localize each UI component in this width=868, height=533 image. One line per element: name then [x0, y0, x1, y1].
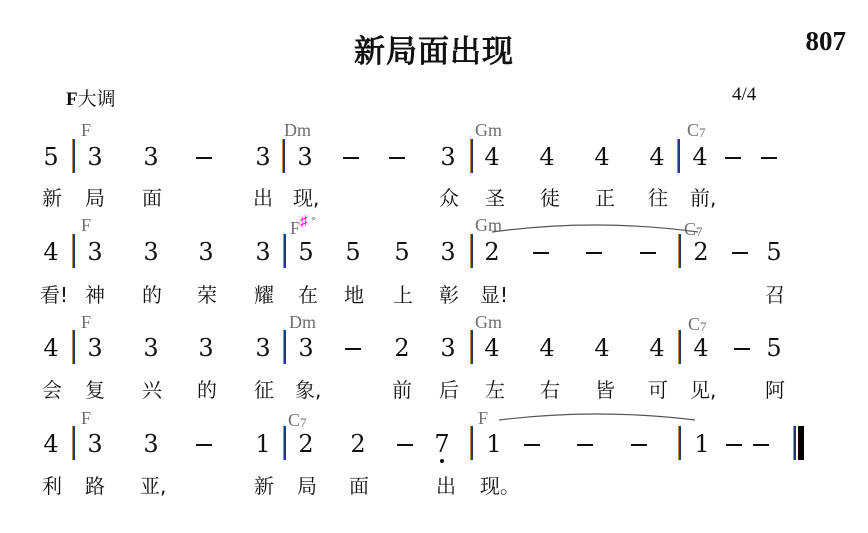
time-signature: 4/4: [732, 84, 756, 106]
note: 4: [482, 336, 502, 360]
note: 4: [537, 145, 557, 169]
dash-extension: [343, 157, 359, 159]
lyric: 征: [252, 380, 276, 400]
lyric: 新: [252, 476, 276, 496]
dash-extension: [577, 444, 593, 446]
note: 4: [41, 432, 61, 456]
dash-extension: [725, 157, 741, 159]
note: 3: [295, 145, 315, 169]
barline: [73, 330, 75, 364]
lyric: 召: [763, 285, 787, 305]
note: 3: [141, 240, 161, 264]
note: 5: [41, 145, 61, 169]
hymn-number: 807: [806, 26, 847, 57]
tie-arc: [490, 222, 700, 234]
note: 4: [41, 240, 61, 264]
note: 5: [343, 240, 363, 264]
lyric: 上: [391, 285, 415, 305]
note: 3: [253, 145, 273, 169]
song-title: 新局面出现: [0, 26, 868, 71]
barline: [679, 234, 681, 268]
key-signature: F大调: [66, 84, 116, 111]
lyric: 往: [646, 188, 670, 208]
barline: [283, 139, 285, 173]
chord-symbol: C7: [288, 411, 307, 429]
lyric: 见,: [690, 380, 724, 400]
lyric: 徒: [538, 188, 562, 208]
chord-symbol: F: [478, 409, 488, 427]
barline: [73, 234, 75, 268]
note: 3: [85, 432, 105, 456]
note: 2: [348, 432, 368, 456]
lyric: 阿: [763, 380, 787, 400]
lyric: 后: [437, 380, 461, 400]
note: 1: [253, 432, 273, 456]
barline: [73, 426, 75, 460]
note: 2: [392, 336, 412, 360]
note: 3: [253, 240, 273, 264]
dash-extension: [631, 444, 647, 446]
chord-symbol: F: [81, 409, 91, 427]
note: 5: [764, 336, 784, 360]
dash-extension: [196, 444, 212, 446]
lyric: 的: [195, 380, 219, 400]
note: 4: [647, 336, 667, 360]
barline: [284, 426, 286, 460]
lyric: 现。: [480, 476, 514, 496]
note: 2: [691, 240, 711, 264]
barline: [471, 330, 473, 364]
lyric: 复: [83, 380, 107, 400]
note: 4: [482, 145, 502, 169]
lyric: 前,: [690, 188, 724, 208]
chord-symbol: F: [81, 121, 91, 139]
lyric: 地: [342, 285, 366, 305]
lyric: 左: [483, 380, 507, 400]
note: 3: [85, 336, 105, 360]
note: 4: [647, 145, 667, 169]
diminished-icon: °: [312, 215, 316, 227]
barline: [471, 234, 473, 268]
dash-extension: [586, 252, 602, 254]
lyric: 神: [83, 285, 107, 305]
lyric: 荣: [195, 285, 219, 305]
lyric: 圣: [483, 188, 507, 208]
note: 7: [432, 432, 452, 456]
note: 4: [592, 145, 612, 169]
lyric: 面: [347, 476, 371, 496]
sharp-icon: ♯: [300, 214, 308, 230]
key-letter: F: [66, 89, 78, 110]
note: 3: [296, 336, 316, 360]
lyric: 路: [83, 476, 107, 496]
lyric: 象,: [295, 380, 329, 400]
note: 3: [141, 336, 161, 360]
lyric: 亚,: [140, 476, 174, 496]
note: 5: [296, 240, 316, 264]
lyric: 新: [40, 188, 64, 208]
note: 5: [764, 240, 784, 264]
barline: [471, 426, 473, 460]
barline: [679, 330, 681, 364]
dash-extension: [533, 252, 549, 254]
lower-octave-dot: [440, 459, 444, 463]
lyric: 会: [40, 380, 64, 400]
final-barline-thin: [794, 426, 796, 460]
note: 3: [438, 336, 458, 360]
lyric: 出: [434, 476, 458, 496]
chord-symbol: F: [81, 216, 91, 234]
note: 1: [484, 432, 504, 456]
note: 4: [690, 145, 710, 169]
dash-extension: [761, 157, 777, 159]
lyric: 局: [83, 188, 107, 208]
dash-extension: [734, 348, 750, 350]
barline: [471, 139, 473, 173]
chord-symbol: F: [81, 313, 91, 331]
lyric: 在: [296, 285, 320, 305]
note: 4: [592, 336, 612, 360]
note: 3: [85, 240, 105, 264]
chord-symbol: Gm: [475, 313, 502, 331]
barline: [73, 139, 75, 173]
lyric: 出: [251, 188, 275, 208]
chord-symbol: C7: [687, 121, 706, 139]
barline: [678, 139, 680, 173]
tie-arc: [497, 412, 697, 424]
lyric: 兴: [140, 380, 164, 400]
final-barline-thick: [798, 426, 804, 460]
lyric: 众: [437, 188, 461, 208]
note: 4: [41, 336, 61, 360]
dash-extension: [397, 444, 413, 446]
lyric: 右: [538, 380, 562, 400]
dash-extension: [753, 444, 769, 446]
lyric: 耀: [252, 285, 276, 305]
chord-symbol: Dm: [284, 121, 311, 139]
note: 2: [482, 240, 502, 264]
chord-symbol: Dm: [289, 313, 316, 331]
lyric: 看!: [40, 285, 70, 305]
lyric: 前: [390, 380, 414, 400]
key-label: 大调: [78, 89, 116, 110]
barline: [284, 330, 286, 364]
lyric: 面: [140, 188, 164, 208]
note: 5: [392, 240, 412, 264]
dash-extension: [732, 252, 748, 254]
note: 3: [196, 336, 216, 360]
note: 1: [692, 432, 712, 456]
lyric: 显!: [480, 285, 514, 305]
chord-symbol: Gm: [475, 121, 502, 139]
lyric: 现,: [293, 188, 327, 208]
lyric: 的: [140, 285, 164, 305]
note: 3: [85, 145, 105, 169]
note: 4: [691, 336, 711, 360]
lyric: 彰: [437, 285, 461, 305]
lyric: 局: [295, 476, 319, 496]
dash-extension: [389, 157, 405, 159]
lyric: 正: [593, 188, 617, 208]
barline: [284, 234, 286, 268]
note: 4: [537, 336, 557, 360]
dash-extension: [196, 157, 212, 159]
note: 3: [438, 145, 458, 169]
lyric: 皆: [593, 380, 617, 400]
dash-extension: [640, 252, 656, 254]
note: 3: [253, 336, 273, 360]
note: 3: [141, 145, 161, 169]
chord-symbol: C7: [688, 315, 707, 333]
dash-extension: [524, 444, 540, 446]
note: 2: [296, 432, 316, 456]
lyric: 可: [646, 380, 670, 400]
dash-extension: [345, 348, 361, 350]
note: 3: [196, 240, 216, 264]
note: 3: [141, 432, 161, 456]
chord-symbol: F♯°: [290, 219, 316, 238]
lyric: 利: [40, 476, 64, 496]
note: 3: [438, 240, 458, 264]
barline: [679, 426, 681, 460]
dash-extension: [726, 444, 742, 446]
